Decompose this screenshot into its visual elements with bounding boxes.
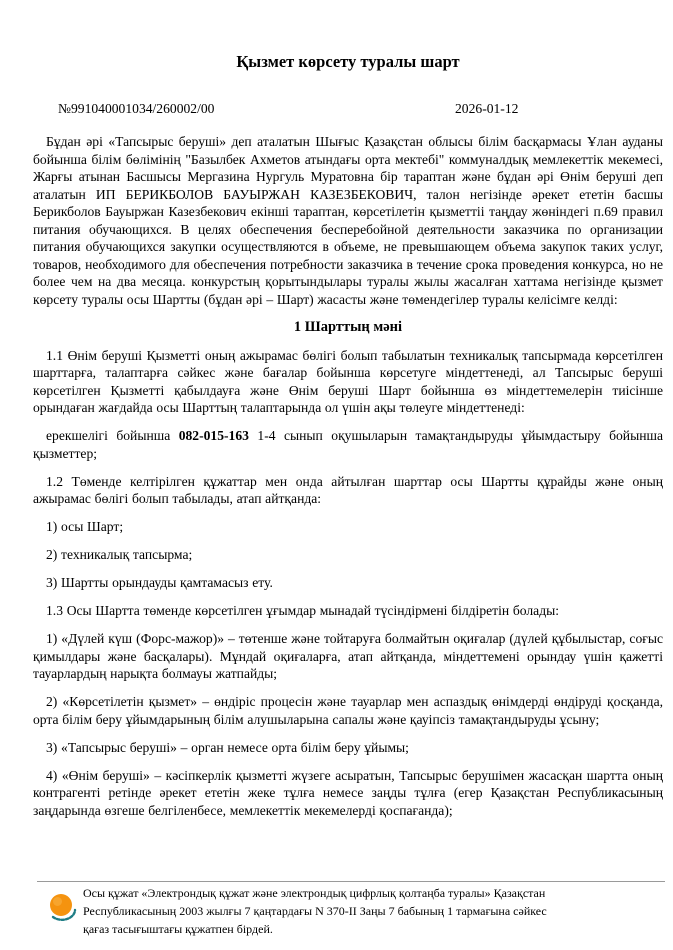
definition-3: 3) «Тапсырыс беруші» – орган немесе орта… xyxy=(33,739,663,757)
doc-list-item-3: 3) Шартты орындауды қамтамасыз ету. xyxy=(33,574,663,592)
esign-footer: Осы құжат «Электрондық құжат және электр… xyxy=(37,881,665,938)
clause-1-1: 1.1 Өнім беруші Қызметті оның ажырамас б… xyxy=(33,347,663,417)
document-content: Қызмет көрсету туралы шарт №991040001034… xyxy=(0,0,673,819)
contract-body: Бұдан әрі «Тапсырыс беруші» деп аталатын… xyxy=(33,133,663,819)
service-spec-prefix: ерекшелігі бойынша xyxy=(46,428,179,443)
definition-4: 4) «Өнім беруші» – кәсіпкерлік қызметті … xyxy=(33,767,663,820)
esign-footer-note: Осы құжат «Электрондық құжат және электр… xyxy=(83,884,575,938)
contract-meta-row: №991040001034/260002/00 2026-01-12 xyxy=(33,100,663,118)
section-1-heading: 1 Шарттың мәні xyxy=(33,319,663,337)
intro-paragraph: Бұдан әрі «Тапсырыс беруші» деп аталатын… xyxy=(33,133,663,308)
clause-1-3: 1.3 Осы Шартта төменде көрсетілген ұғымд… xyxy=(33,602,663,620)
service-spec-code: 082-015-163 xyxy=(179,428,249,443)
esign-footer-row: Осы құжат «Электрондық құжат және электр… xyxy=(37,882,665,938)
service-spec-paragraph: ерекшелігі бойынша 082-015-163 1-4 сынып… xyxy=(33,427,663,462)
contract-document-page: Қызмет көрсету туралы шарт №991040001034… xyxy=(0,0,673,950)
document-title: Қызмет көрсету туралы шарт xyxy=(33,0,663,72)
definition-2: 2) «Көрсетілетін қызмет» – өндіріс проце… xyxy=(33,693,663,728)
doc-list-item-2: 2) техникалық тапсырма; xyxy=(33,546,663,564)
contract-date: 2026-01-12 xyxy=(455,100,518,118)
clause-1-2: 1.2 Төменде келтірілген құжаттар мен онд… xyxy=(33,473,663,508)
doc-list-item-1: 1) осы Шарт; xyxy=(33,518,663,536)
contract-number: №991040001034/260002/00 xyxy=(58,100,214,118)
definition-1: 1) «Дүлей күш (Форс-мажор)» – төтенше жә… xyxy=(33,630,663,683)
esign-stamp-icon xyxy=(48,893,78,923)
